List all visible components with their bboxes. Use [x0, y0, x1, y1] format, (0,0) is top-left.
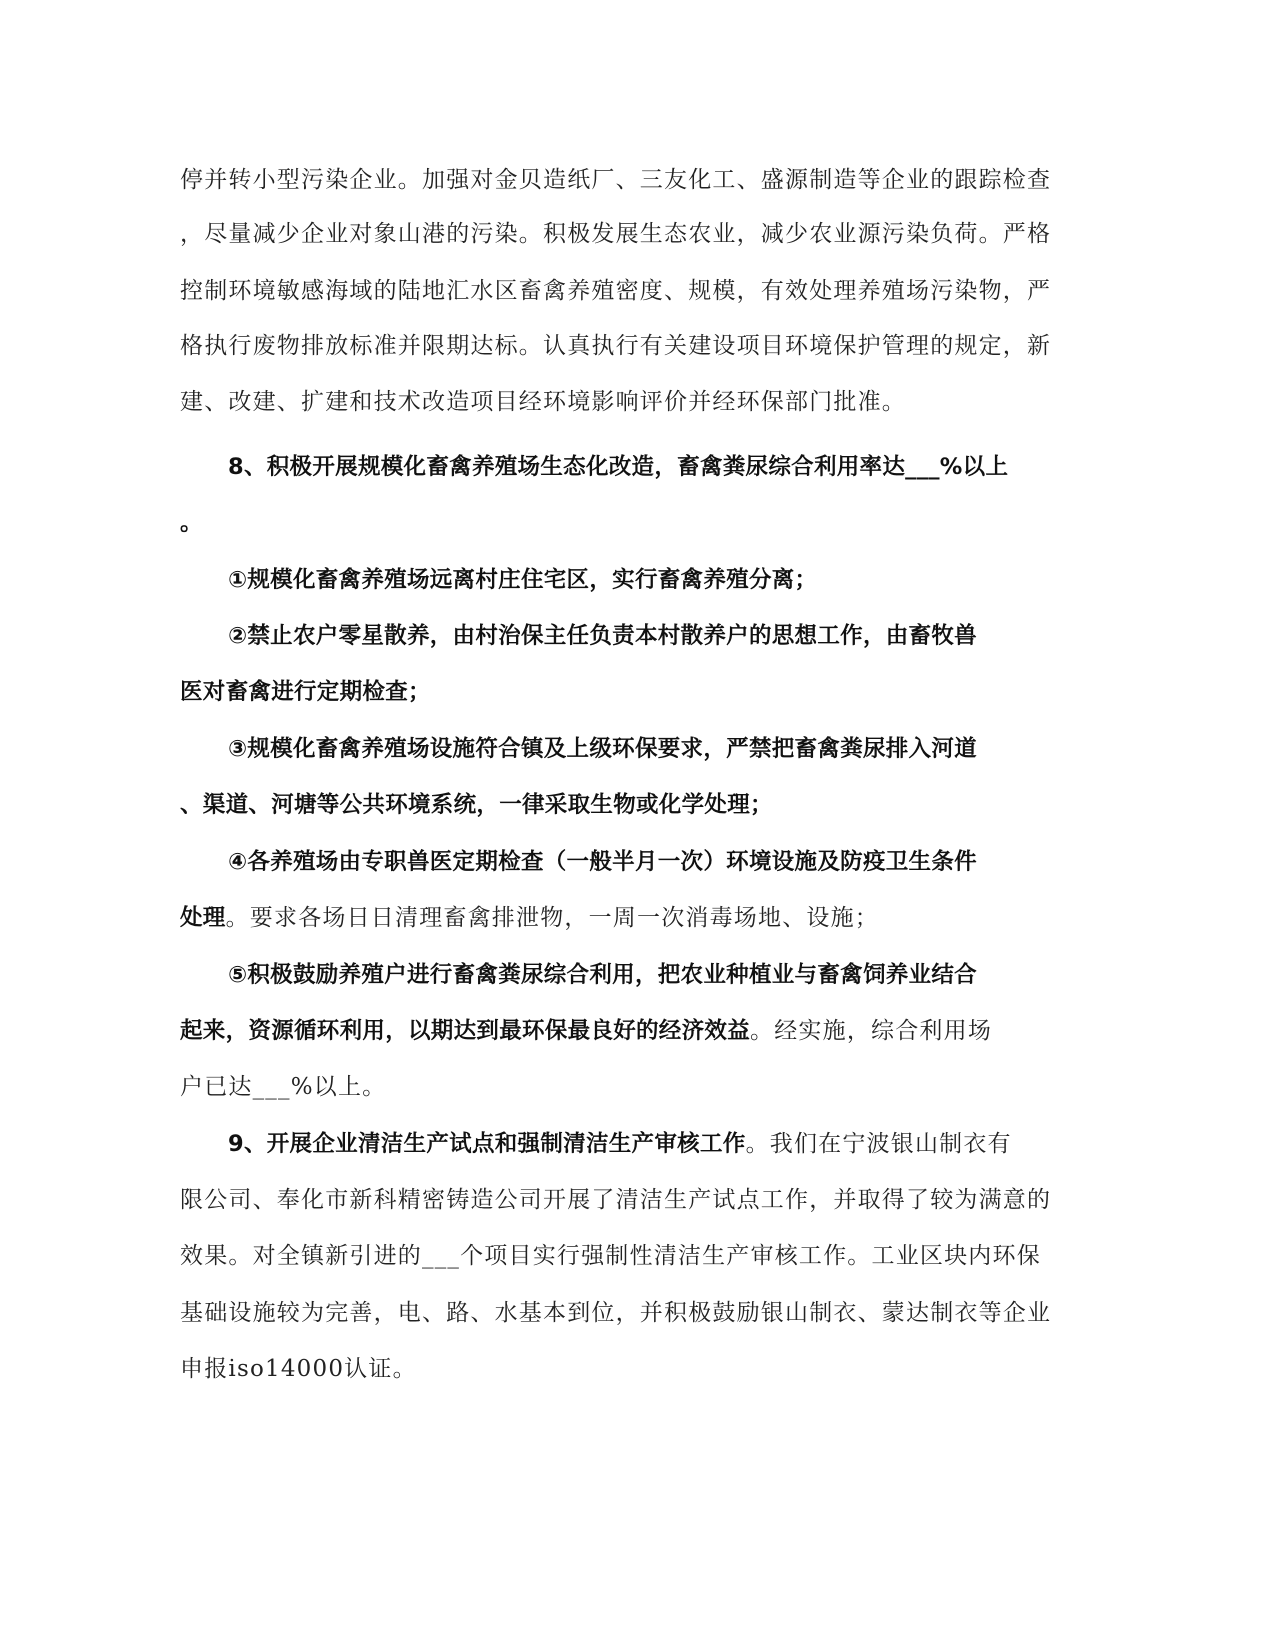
text-line: 9、开展企业清洁生产试点和强制清洁生产审核工作。我们在宁波银山制衣有 [228, 1124, 1012, 1164]
bold-text-segment: 8、积极开展规模化畜禽养殖场生态化改造，畜禽粪尿综合利用率达___%以上 [228, 454, 1008, 480]
text-segment: 建、改建、扩建和技术改造项目经环境影响评价并经环保部门批准。 [180, 389, 906, 415]
text-segment: 。我们在宁波银山制衣有 [746, 1131, 1012, 1157]
bold-text-segment: ②禁止农户零星散养，由村治保主任负责本村散养户的思想工作，由畜牧兽 [228, 623, 977, 649]
text-line: ⑤积极鼓励养殖户进行畜禽粪尿综合利用，把农业种植业与畜禽饲养业结合 [228, 955, 977, 995]
text-segment: 控制环境敏感海域的陆地汇水区畜禽养殖密度、规模，有效处理养殖场污染物，严 [180, 278, 1051, 304]
bold-text-segment: 处理 [180, 905, 226, 931]
text-line: 控制环境敏感海域的陆地汇水区畜禽养殖密度、规模，有效处理养殖场污染物，严 [180, 271, 1051, 311]
text-segment: 限公司、奉化市新科精密铸造公司开展了清洁生产试点工作，并取得了较为满意的 [180, 1187, 1051, 1213]
text-line: 格执行废物排放标准并限期达标。认真执行有关建设项目环境保护管理的规定，新 [180, 326, 1051, 366]
text-segment: 。要求各场日日清理畜禽排泄物，一周一次消毒场地、设施； [226, 905, 879, 931]
text-line: 处理。要求各场日日清理畜禽排泄物，一周一次消毒场地、设施； [180, 898, 879, 938]
bold-text-segment: ③规模化畜禽养殖场设施符合镇及上级环保要求，严禁把畜禽粪尿排入河道 [228, 736, 977, 762]
text-line: 。 [180, 503, 203, 543]
bold-text-segment: 医对畜禽进行定期检查； [180, 679, 431, 705]
text-line: 建、改建、扩建和技术改造项目经环境影响评价并经环保部门批准。 [180, 382, 906, 422]
bold-text-segment: ④各养殖场由专职兽医定期检查（一般半月一次）环境设施及防疫卫生条件 [228, 849, 977, 875]
bold-text-segment: 、渠道、河塘等公共环境系统，一律采取生物或化学处理； [180, 792, 773, 818]
text-line: 停并转小型污染企业。加强对金贝造纸厂、三友化工、盛源制造等企业的跟踪检查 [180, 160, 1051, 200]
text-line: 、渠道、河塘等公共环境系统，一律采取生物或化学处理； [180, 785, 773, 825]
text-line: 8、积极开展规模化畜禽养殖场生态化改造，畜禽粪尿综合利用率达___%以上 [228, 447, 1008, 487]
text-segment: ，尽量减少企业对象山港的污染。积极发展生态农业，减少农业源污染负荷。严格 [180, 221, 1051, 247]
text-line: 效果。对全镇新引进的___个项目实行强制性清洁生产审核工作。工业区块内环保 [180, 1236, 1041, 1276]
bold-text-segment: ①规模化畜禽养殖场远离村庄住宅区，实行畜禽养殖分离； [228, 567, 817, 593]
text-line: ②禁止农户零星散养，由村治保主任负责本村散养户的思想工作，由畜牧兽 [228, 616, 977, 656]
text-line: ，尽量减少企业对象山港的污染。积极发展生态农业，减少农业源污染负荷。严格 [180, 214, 1051, 254]
text-segment: 停并转小型污染企业。加强对金贝造纸厂、三友化工、盛源制造等企业的跟踪检查 [180, 167, 1051, 193]
text-segment: 基础设施较为完善，电、路、水基本到位，并积极鼓励银山制衣、蒙达制衣等企业 [180, 1300, 1051, 1326]
bold-text-segment: 起来，资源循环利用，以期达到最环保最良好的经济效益 [180, 1018, 750, 1044]
text-line: 基础设施较为完善，电、路、水基本到位，并积极鼓励银山制衣、蒙达制衣等企业 [180, 1293, 1051, 1333]
text-line: ③规模化畜禽养殖场设施符合镇及上级环保要求，严禁把畜禽粪尿排入河道 [228, 729, 977, 769]
text-line: 起来，资源循环利用，以期达到最环保最良好的经济效益。经实施，综合利用场 [180, 1011, 992, 1051]
text-segment: 申报iso14000认证。 [180, 1356, 417, 1382]
bold-text-segment: ⑤积极鼓励养殖户进行畜禽粪尿综合利用，把农业种植业与畜禽饲养业结合 [228, 962, 977, 988]
text-line: 申报iso14000认证。 [180, 1349, 417, 1389]
text-line: 限公司、奉化市新科精密铸造公司开展了清洁生产试点工作，并取得了较为满意的 [180, 1180, 1051, 1220]
text-line: 户已达___%以上。 [180, 1067, 386, 1107]
text-segment: 户已达___%以上。 [180, 1074, 386, 1100]
bold-text-segment: 9、开展企业清洁生产试点和强制清洁生产审核工作 [228, 1131, 746, 1157]
text-segment: 格执行废物排放标准并限期达标。认真执行有关建设项目环境保护管理的规定，新 [180, 333, 1051, 359]
text-segment: 。经实施，综合利用场 [750, 1018, 992, 1044]
text-line: 医对畜禽进行定期检查； [180, 672, 431, 712]
text-line: ①规模化畜禽养殖场远离村庄住宅区，实行畜禽养殖分离； [228, 560, 817, 600]
text-line: ④各养殖场由专职兽医定期检查（一般半月一次）环境设施及防疫卫生条件 [228, 842, 977, 882]
bold-text-segment: 。 [180, 510, 203, 536]
text-segment: 效果。对全镇新引进的___个项目实行强制性清洁生产审核工作。工业区块内环保 [180, 1243, 1041, 1269]
